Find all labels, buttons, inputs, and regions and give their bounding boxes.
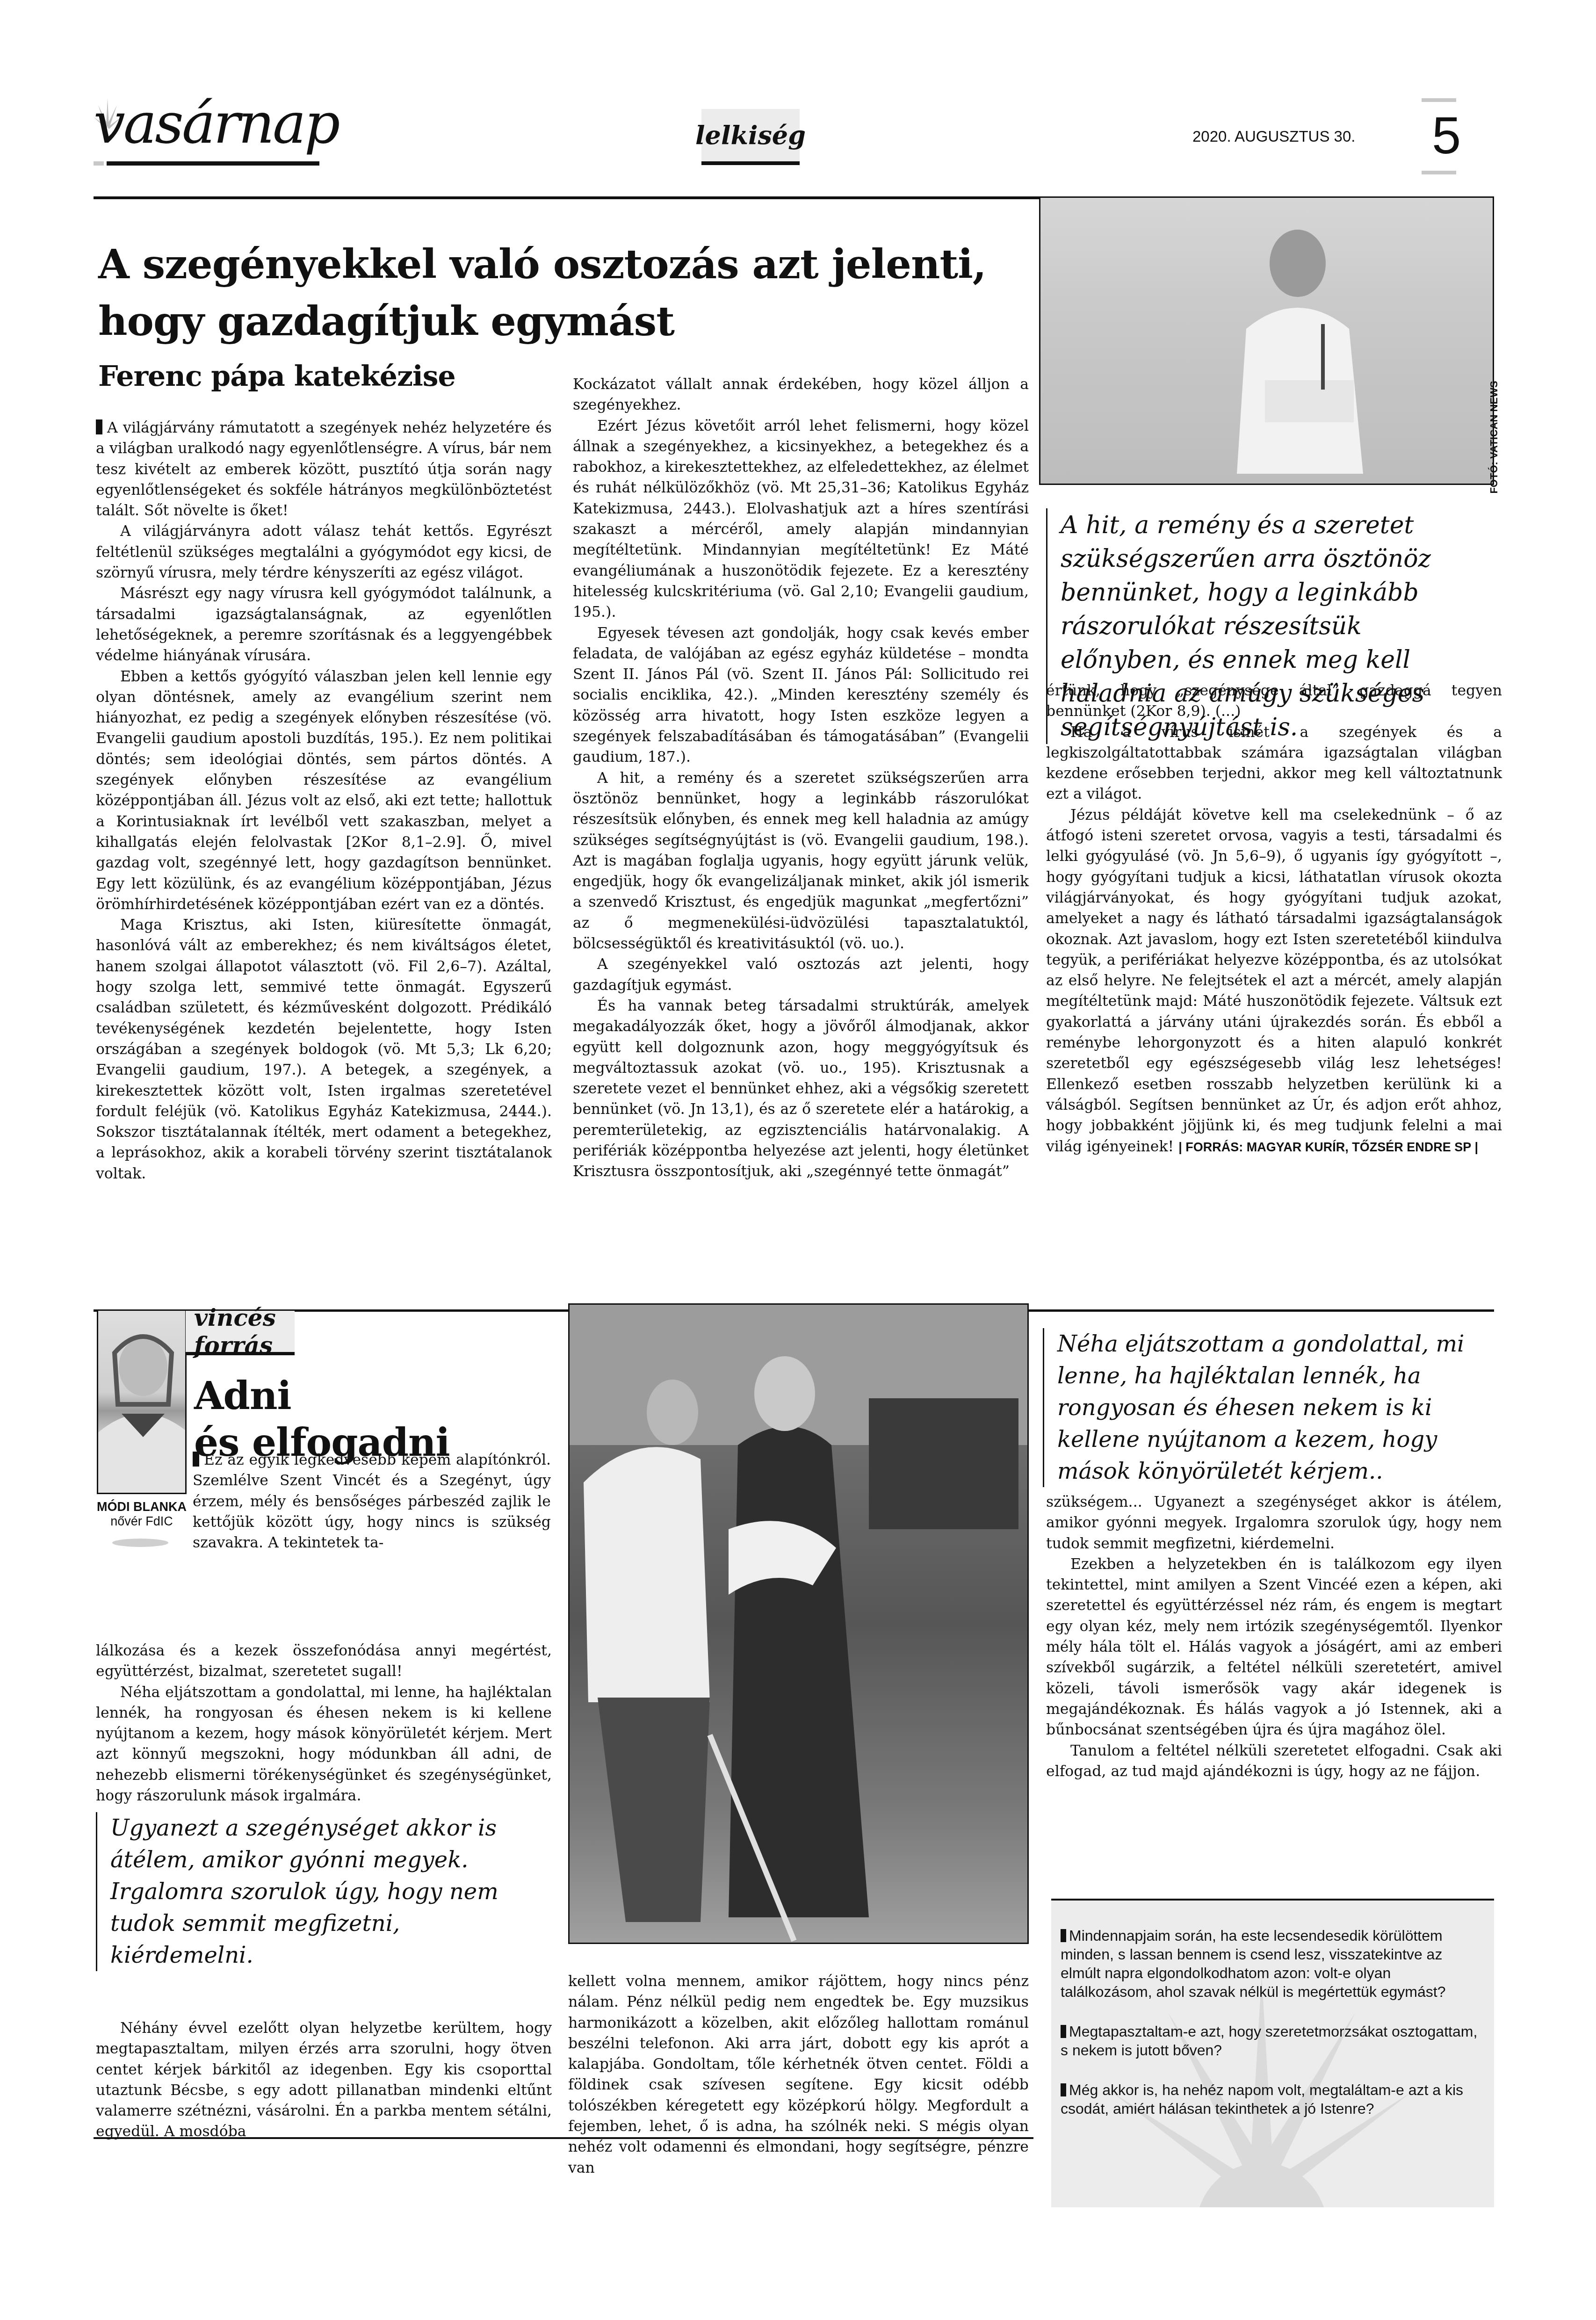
lead-marker-icon (96, 419, 102, 434)
lead-marker-icon (193, 1452, 199, 1467)
vinces-intro: Ez az egyik legkedvesebb képem alapítónk… (193, 1450, 551, 1553)
article-column-3: értünk, hogy „szegénysége által” gazdagg… (1046, 680, 1502, 1157)
paragraph: Ebben a kettős gyógyító válaszban jelen … (96, 666, 552, 915)
paragraph: Jézus példáját követve kell ma cselekedn… (1046, 805, 1502, 1157)
column-tag-label: vincés forrás (194, 1304, 295, 1359)
article-subhead: Ferenc pápa katekézise (98, 360, 455, 393)
vinces-column-1-end: Néhány évvel ezelőtt olyan helyzetbe ker… (96, 2018, 552, 2142)
reflection-question: Mindennapjaim során, ha este lecsendesed… (1061, 1926, 1485, 2001)
section-tag: lelkiség (701, 109, 800, 165)
painting-figures-icon (570, 1305, 1029, 1944)
paragraph: És ha vannak beteg társadalmi struktúrák… (573, 996, 1029, 1182)
paragraph: Kockázatot vállalt annak érdekében, hogy… (573, 374, 1029, 416)
reflection-questions-box: Mindennapjaim során, ha este lecsendesed… (1051, 1899, 1494, 2207)
issue-date: 2020. AUGUSZTUS 30. (1192, 128, 1355, 145)
lead-paragraph: A világjárvány rámutatott a szegények ne… (96, 418, 552, 521)
paragraph: A világjárványra adott válasz tehát kett… (96, 521, 552, 583)
st-vincent-painting (568, 1303, 1029, 1944)
paragraph: Néhány évvel ezelőtt olyan helyzetbe ker… (96, 2018, 552, 2142)
article-headline: A szegényekkel való osztozás azt jelenti… (98, 236, 1033, 350)
paragraph: Egyesek tévesen azt gondolják, hogy csak… (573, 623, 1029, 768)
article-column-2: Kockázatot vállalt annak érdekében, hogy… (573, 374, 1029, 1182)
vinces-column-1: lálkozása és a kezek összefonódása annyi… (96, 1641, 552, 1806)
paragraph: Tanulom a feltétel nélküli szeretetet el… (1046, 1741, 1502, 1782)
author-photo (97, 1309, 187, 1494)
headline-line-1: A szegényekkel való osztozás azt jelenti… (98, 241, 986, 288)
page-number: 5 (1432, 105, 1461, 166)
page-number-bar-bottom (1422, 171, 1456, 174)
vinces-column-2: kellett volna mennem, amikor rájöttem, h… (568, 1971, 1029, 2178)
page-number-bar-top (1422, 98, 1456, 102)
bullet-marker-icon (1061, 2083, 1066, 2096)
paragraph: Ha a vírus ismét a szegények és a legkis… (1046, 722, 1502, 805)
article-source: | FORRÁS: MAGYAR KURÍR, TŐZSÉR ENDRE SP … (1178, 1140, 1478, 1154)
paragraph: kellett volna mennem, amikor rájöttem, h… (568, 1971, 1029, 2178)
headline-line-2: hogy gazdagítjuk egymást (98, 298, 674, 345)
paragraph: Néha eljátszottam a gondolattal, mi lenn… (96, 1682, 552, 1807)
paragraph: Ezért Jézus követőit arról lehet felisme… (573, 416, 1029, 623)
vinces-column-3: szükségem... Ugyanezt a szegénységet akk… (1046, 1492, 1502, 1782)
logo-underline-accent (94, 161, 104, 166)
paragraph: A szegényekkel való osztozás azt jelenti… (573, 954, 1029, 996)
paragraph: A hit, a remény és a szeretet szükségsze… (573, 768, 1029, 954)
author-portrait-icon (98, 1311, 187, 1494)
column-tag: vincés forrás (186, 1311, 295, 1355)
paragraph: szükségem... Ugyanezt a szegénységet akk… (1046, 1492, 1502, 1554)
section-label: lelkiség (695, 120, 806, 150)
newspaper-logo: vasárnap (94, 91, 338, 156)
bullet-marker-icon (1061, 1929, 1066, 1942)
reflection-question: Megtapasztaltam-e azt, hogy szeretetmorz… (1061, 2022, 1485, 2060)
paragraph: Másrészt egy nagy vírusra kell gyógymódo… (96, 583, 552, 666)
pope-figure-icon (1209, 212, 1387, 474)
footer-divider (94, 2137, 1033, 2139)
pope-photo (1039, 196, 1494, 485)
author-shadow (112, 1539, 168, 1547)
paragraph: Ezekben a helyzetekben én is találkozom … (1046, 1554, 1502, 1741)
author-role: nővér FdIC (97, 1514, 187, 1529)
bullet-marker-icon (1061, 2025, 1066, 2038)
reflection-list: Mindennapjaim során, ha este lecsendesed… (1051, 1901, 1494, 2118)
paragraph: lálkozása és a kezek összefonódása annyi… (96, 1641, 552, 1682)
reflection-question: Még akkor is, ha nehéz napom volt, megta… (1061, 2081, 1485, 2118)
lead-paragraph: Ez az egyik legkedvesebb képem alapítónk… (193, 1450, 551, 1553)
article-column-1: A világjárvány rámutatott a szegények ne… (96, 418, 552, 1184)
photo-credit: FOTÓ: VATICAN NEWS (1487, 374, 1501, 500)
paragraph: Maga Krisztus, aki Isten, kiüresítette ö… (96, 915, 552, 1184)
author-name: MÓDI BLANKA (97, 1499, 187, 1515)
logo-underline (107, 161, 319, 166)
pull-quote-right: Néha eljátszottam a gondolattal, mi lenn… (1043, 1328, 1492, 1487)
paragraph: értünk, hogy „szegénysége által” gazdagg… (1046, 680, 1502, 722)
pull-quote-left: Ugyanezt a szegénységet akkor is átélem,… (96, 1812, 526, 1971)
